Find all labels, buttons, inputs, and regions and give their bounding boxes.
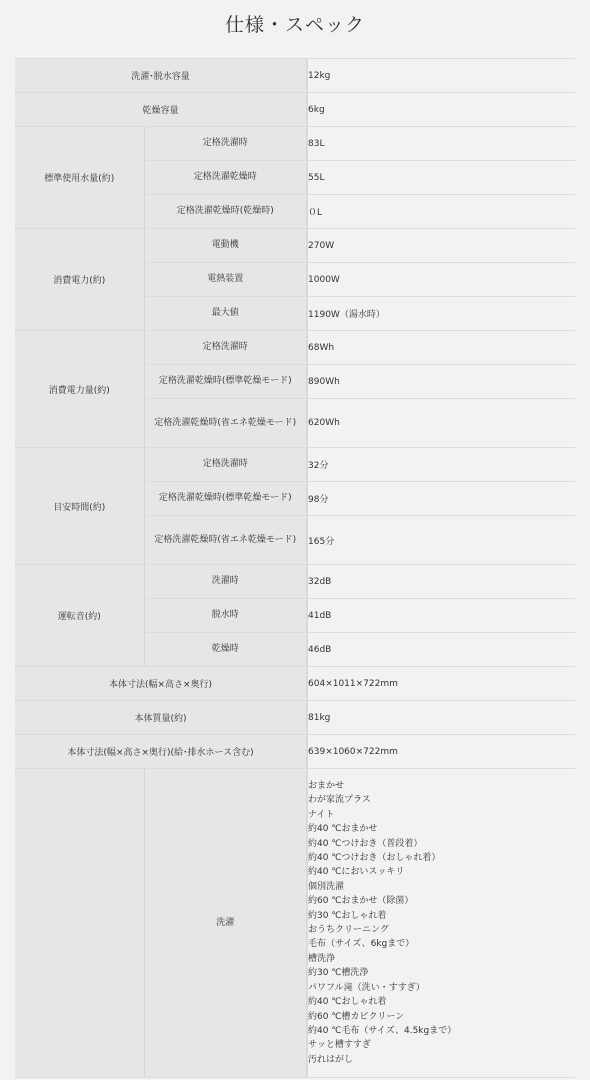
- spec-label: 本体寸法(幅×高さ×奥行): [15, 667, 307, 701]
- spec-label: 乾燥容量: [15, 93, 307, 127]
- spec-row-energy: 消費電力量(約) 定格洗濯時 68Wh: [15, 331, 575, 365]
- spec-label: 本体質量(約): [15, 701, 307, 735]
- course-item: 約40 ℃おまかせ: [308, 822, 575, 836]
- course-item: 毛布（サイズ、6kgまで）: [308, 937, 575, 951]
- spec-value: 41dB: [307, 599, 575, 633]
- spec-value: 32dB: [307, 565, 575, 599]
- spec-sublabel: 電熱装置: [144, 263, 307, 297]
- spec-value: 1000W: [307, 263, 575, 297]
- course-item: 約60 ℃槽カビクリーン: [308, 1010, 575, 1024]
- course-item: 個別洗濯: [308, 880, 575, 894]
- spec-row-noise: 運転音(約) 洗濯時 32dB: [15, 565, 575, 599]
- course-item: おうちクリーニング: [308, 923, 575, 937]
- spec-value: 32分: [307, 448, 575, 482]
- spec-sublabel: 定格洗濯時: [144, 448, 307, 482]
- spec-sublabel: 最大値: [144, 297, 307, 331]
- spec-sublabel: 洗濯時: [144, 565, 307, 599]
- spec-value: 270W: [307, 229, 575, 263]
- course-item: 約60 ℃おまかせ（除菌）: [308, 894, 575, 908]
- spec-row-dimensions-hose: 本体寸法(幅×高さ×奥行)(給･排水ホース含む) 639×1060×722mm: [15, 735, 575, 769]
- spec-value: 604×1011×722mm: [307, 667, 575, 701]
- course-item: 約40 ℃においスッキリ: [308, 865, 575, 879]
- spec-value: 81kg: [307, 701, 575, 735]
- course-item: 約30 ℃槽洗浄: [308, 966, 575, 980]
- spec-sublabel: 定格洗濯乾燥時(省エネ乾燥モード): [144, 399, 307, 448]
- course-item: サッと槽すすぎ: [308, 1038, 575, 1052]
- spec-sublabel: 洗濯: [144, 769, 307, 1078]
- spec-row-mass: 本体質量(約) 81kg: [15, 701, 575, 735]
- course-item: パワフル滝（洗い・すすぎ）: [308, 981, 575, 995]
- course-item: 約40 ℃毛布（サイズ、4.5kgまで）: [308, 1024, 575, 1038]
- spec-value: ０L: [307, 195, 575, 229]
- spec-value: 6kg: [307, 93, 575, 127]
- spec-row-dimensions: 本体寸法(幅×高さ×奥行) 604×1011×722mm: [15, 667, 575, 701]
- spec-sublabel: 定格洗濯乾燥時(標準乾燥モード): [144, 482, 307, 516]
- spec-value: 68Wh: [307, 331, 575, 365]
- course-item: 槽洗浄: [308, 952, 575, 966]
- spec-group-label: 運転音(約): [15, 565, 144, 667]
- spec-sublabel: 定格洗濯乾燥時(省エネ乾燥モード): [144, 516, 307, 565]
- course-item: 約30 ℃おしゃれ着: [308, 909, 575, 923]
- spec-group-label: 標準使用水量(約): [15, 127, 144, 229]
- spec-value: 98分: [307, 482, 575, 516]
- course-item: 約40 ℃おしゃれ着: [308, 995, 575, 1009]
- spec-group-label: 消費電力量(約): [15, 331, 144, 448]
- spec-sublabel: 定格洗濯時: [144, 127, 307, 161]
- spec-row-time: 目安時間(約) 定格洗濯時 32分: [15, 448, 575, 482]
- spec-value: 83L: [307, 127, 575, 161]
- spec-sublabel: 乾燥時: [144, 633, 307, 667]
- course-item: わが家流プラス: [308, 793, 575, 807]
- spec-table: 洗濯･脱水容量 12kg 乾燥容量 6kg 標準使用水量(約) 定格洗濯時 83…: [15, 58, 575, 1078]
- spec-row-water: 標準使用水量(約) 定格洗濯時 83L: [15, 127, 575, 161]
- spec-sublabel: 定格洗濯乾燥時(標準乾燥モード): [144, 365, 307, 399]
- spec-sublabel: 定格洗濯乾燥時: [144, 161, 307, 195]
- course-item: おまかせ: [308, 779, 575, 793]
- spec-value: 1190W（湯水時）: [307, 297, 575, 331]
- spec-value: 55L: [307, 161, 575, 195]
- course-item: 約40 ℃つけおき（普段着）: [308, 837, 575, 851]
- spec-group-label: [15, 769, 144, 1078]
- spec-value: 46dB: [307, 633, 575, 667]
- spec-value: 890Wh: [307, 365, 575, 399]
- spec-value: 639×1060×722mm: [307, 735, 575, 769]
- spec-group-label: 消費電力(約): [15, 229, 144, 331]
- spec-row-courses: 洗濯 おまかせわが家流プラスナイト約40 ℃おまかせ約40 ℃つけおき（普段着）…: [15, 769, 575, 1078]
- spec-row-power: 消費電力(約) 電動機 270W: [15, 229, 575, 263]
- spec-value: 620Wh: [307, 399, 575, 448]
- spec-sublabel: 定格洗濯乾燥時(乾燥時): [144, 195, 307, 229]
- page-title: 仕様・スペック: [0, 0, 590, 58]
- course-list: おまかせわが家流プラスナイト約40 ℃おまかせ約40 ℃つけおき（普段着）約40…: [307, 769, 575, 1078]
- spec-value: 165分: [307, 516, 575, 565]
- spec-label: 本体寸法(幅×高さ×奥行)(給･排水ホース含む): [15, 735, 307, 769]
- spec-label: 洗濯･脱水容量: [15, 59, 307, 93]
- course-item: 約40 ℃つけおき（おしゃれ着）: [308, 851, 575, 865]
- spec-group-label: 目安時間(約): [15, 448, 144, 565]
- spec-row-wash-capacity: 洗濯･脱水容量 12kg: [15, 59, 575, 93]
- course-item: 汚れはがし: [308, 1053, 575, 1067]
- spec-row-dry-capacity: 乾燥容量 6kg: [15, 93, 575, 127]
- spec-sublabel: 脱水時: [144, 599, 307, 633]
- spec-sublabel: 電動機: [144, 229, 307, 263]
- course-item: ナイト: [308, 808, 575, 822]
- spec-value: 12kg: [307, 59, 575, 93]
- spec-sublabel: 定格洗濯時: [144, 331, 307, 365]
